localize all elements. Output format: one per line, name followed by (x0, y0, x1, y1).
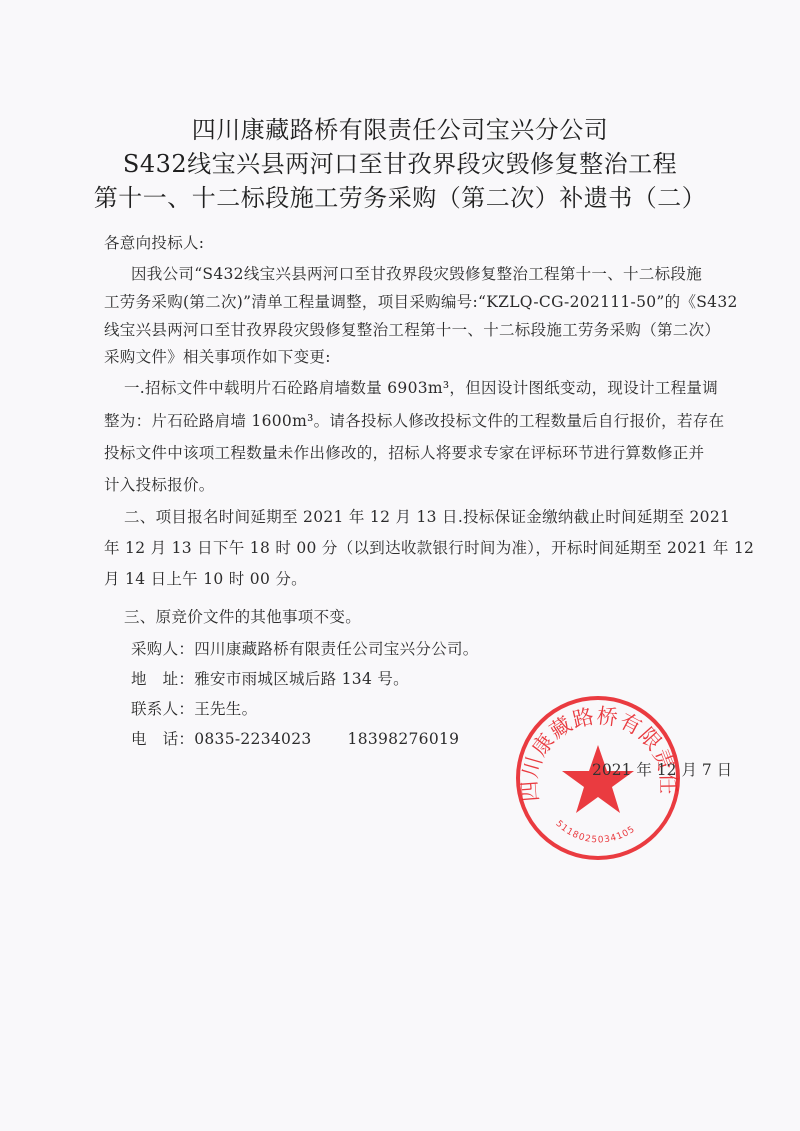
intro-line: 工劳务采购(第二次)”清单工程量调整，项目采购编号:“KZLQ-CG-20211… (104, 290, 738, 312)
phone-line: 电 话：0835-223402318398276019 (131, 727, 459, 749)
item3-line: 三、原竞价文件的其他事项不变。 (124, 605, 361, 627)
item1-line: 计入投标报价。 (104, 473, 215, 495)
purchaser-line: 采购人：四川康藏路桥有限责任公司宝兴分公司。 (131, 637, 479, 659)
intro-line: 线宝兴县两河口至甘孜界段灾毁修复整治工程第十一、十二标段施工劳务采购（第二次） (104, 318, 720, 340)
document-title: 四川康藏路桥有限责任公司宝兴分公司 S432线宝兴县两河口至甘孜界段灾毁修复整治… (0, 113, 800, 215)
signature-date: 2021 年 12 月 7 日 (592, 758, 732, 780)
item1-line: 一.招标文件中载明片石砼路肩墙数量 6903m³，但因设计图纸变动，现设计工程量… (124, 376, 718, 398)
address-line: 地 址：雅安市雨城区城后路 134 号。 (131, 667, 409, 689)
item1-line: 整为：片石砼路肩墙 1600m³。请各投标人修改投标文件的工程数量后自行报价，若… (104, 409, 724, 431)
title-project: S432线宝兴县两河口至甘孜界段灾毁修复整治工程 (0, 147, 800, 181)
salutation: 各意向投标人: (104, 231, 204, 253)
seal-code-text: 5118025034105 (553, 819, 637, 846)
title-company: 四川康藏路桥有限责任公司宝兴分公司 (0, 113, 800, 147)
title-addendum: 第十一、十二标段施工劳务采购（第二次）补遗书（二） (0, 181, 800, 215)
contact-person-line: 联系人：王先生。 (131, 697, 257, 719)
item2-line: 年 12 月 13 日下午 18 时 00 分（以到达收款银行时间为准），开标时… (104, 536, 754, 558)
intro-line: 因我公司“S432线宝兴县两河口至甘孜界段灾毁修复整治工程第十一、十二标段施 (131, 262, 702, 284)
document-page: 四川康藏路桥有限责任公司宝兴分公司 S432线宝兴县两河口至甘孜界段灾毁修复整治… (0, 0, 800, 1131)
item1-line: 投标文件中该项工程数量未作出修改的，招标人将要求专家在评标环节进行算数修正并 (104, 441, 704, 463)
item2-line: 二、项目报名时间延期至 2021 年 12 月 13 日.投标保证金缴纳截止时间… (124, 505, 730, 527)
phone-mobile: 18398276019 (348, 730, 460, 748)
phone-label: 电 话： (131, 730, 194, 748)
phone-landline: 0835-2234023 (194, 730, 311, 748)
intro-line: 采购文件》相关事项作如下变更: (104, 345, 331, 367)
svg-text:5118025034105: 5118025034105 (553, 819, 637, 846)
item2-line: 月 14 日上午 10 时 00 分。 (104, 567, 307, 589)
